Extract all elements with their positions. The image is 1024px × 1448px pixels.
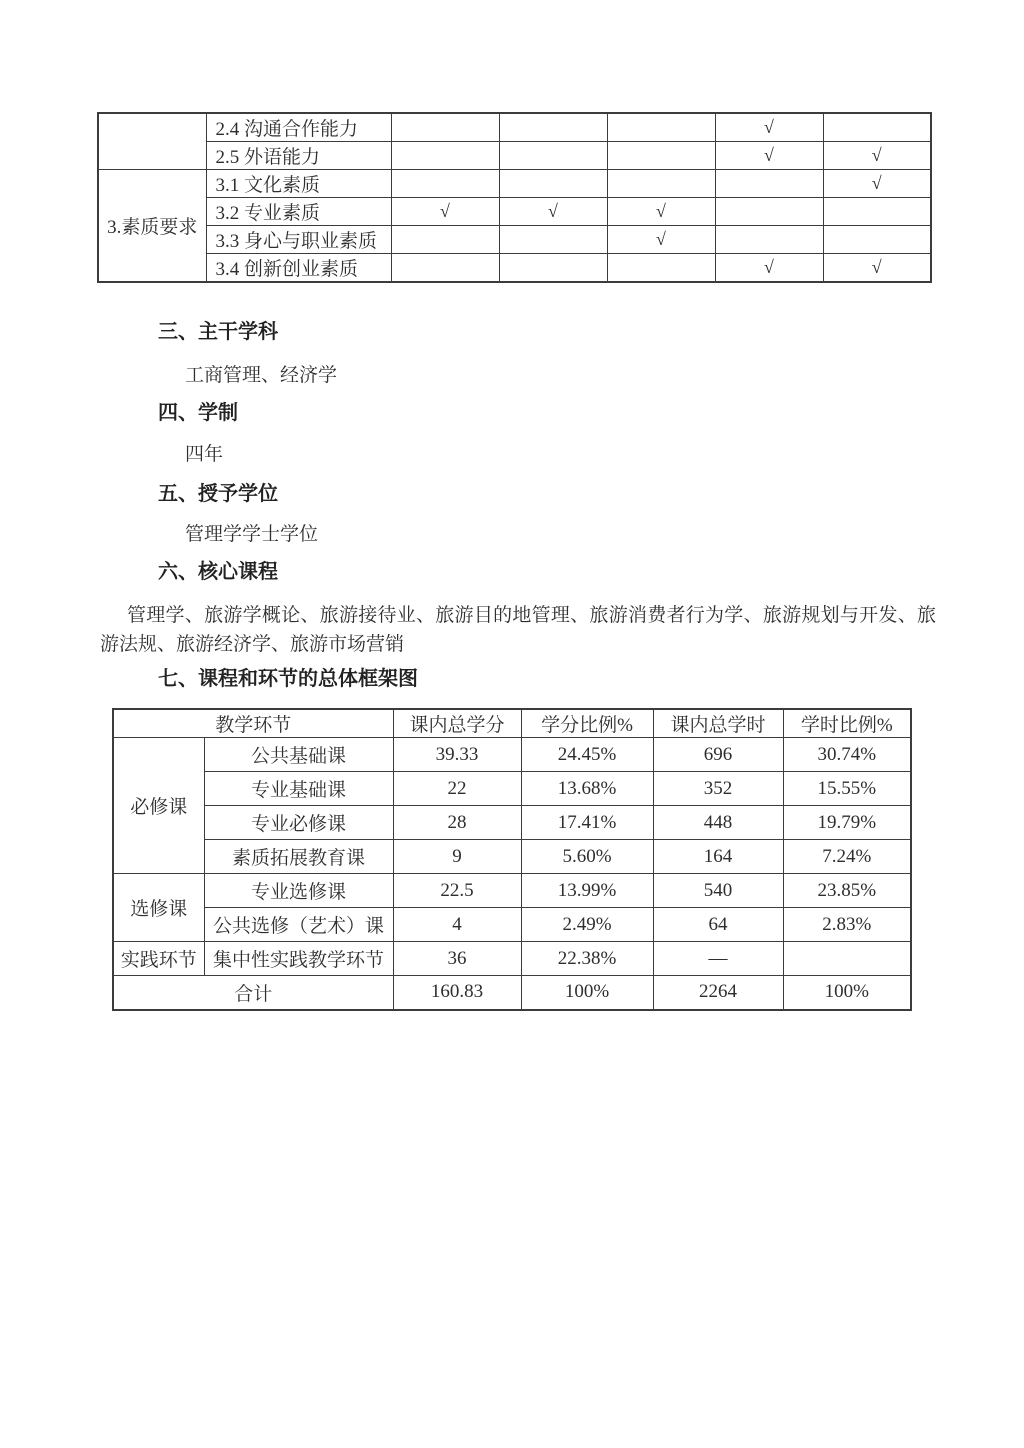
framework-name-cell: 专业必修课 — [204, 806, 393, 840]
ability-item-label: 2.4 沟通合作能力 — [206, 113, 391, 142]
empty-check-cell — [499, 226, 607, 254]
check-mark-cell: √ — [823, 142, 931, 170]
framework-value-cell: 448 — [653, 806, 783, 840]
check-mark-cell: √ — [607, 198, 715, 226]
framework-header-cell: 学分比例% — [521, 709, 653, 738]
curriculum-framework-table-body: 教学环节课内总学分学分比例%课内总学时学时比例%必修课公共基础课39.3324.… — [113, 709, 911, 1010]
framework-value-cell: 22 — [393, 772, 521, 806]
ability-category-cell-empty — [98, 113, 206, 170]
framework-name-cell: 素质拓展教育课 — [204, 840, 393, 874]
framework-value-cell: 19.79% — [783, 806, 911, 840]
empty-check-cell — [391, 254, 499, 283]
core-courses-paragraph: 管理学、旅游学概论、旅游接待业、旅游目的地管理、旅游消费者行为学、旅游规划与开发… — [100, 601, 936, 659]
framework-value-cell: 22.38% — [521, 942, 653, 976]
framework-value-cell: 2.49% — [521, 908, 653, 942]
framework-group-cell: 实践环节 — [113, 942, 204, 976]
framework-value-cell: 160.83 — [393, 976, 521, 1010]
empty-check-cell — [499, 170, 607, 198]
framework-value-cell: 22.5 — [393, 874, 521, 908]
document-page: 2.4 沟通合作能力√2.5 外语能力√√3.素质要求3.1 文化素质√3.2 … — [0, 0, 1024, 1448]
section-heading-core-courses: 六、核心课程 — [158, 561, 278, 583]
section-heading-degree-awarded: 五、授予学位 — [158, 483, 278, 505]
ability-row: 3.4 创新创业素质√√ — [98, 254, 931, 283]
check-mark-cell: √ — [391, 198, 499, 226]
ability-row: 2.5 外语能力√√ — [98, 142, 931, 170]
framework-value-cell: 30.74% — [783, 738, 911, 772]
empty-check-cell — [499, 142, 607, 170]
empty-check-cell — [715, 226, 823, 254]
framework-value-cell: 24.45% — [521, 738, 653, 772]
empty-check-cell — [607, 254, 715, 283]
empty-check-cell — [391, 170, 499, 198]
framework-group-cell: 选修课 — [113, 874, 204, 942]
framework-value-cell: 540 — [653, 874, 783, 908]
check-mark-cell: √ — [499, 198, 607, 226]
check-mark-cell: √ — [715, 113, 823, 142]
empty-check-cell — [823, 198, 931, 226]
framework-value-cell: 2.83% — [783, 908, 911, 942]
framework-value-cell: 9 — [393, 840, 521, 874]
framework-value-cell: 13.68% — [521, 772, 653, 806]
framework-row: 专业基础课2213.68%35215.55% — [113, 772, 911, 806]
framework-value-cell: 164 — [653, 840, 783, 874]
empty-check-cell — [607, 170, 715, 198]
framework-header-cell: 教学环节 — [113, 709, 393, 738]
framework-value-cell: 5.60% — [521, 840, 653, 874]
empty-check-cell — [823, 113, 931, 142]
framework-value-cell: 28 — [393, 806, 521, 840]
ability-item-label: 2.5 外语能力 — [206, 142, 391, 170]
empty-check-cell — [391, 142, 499, 170]
framework-value-cell: 352 — [653, 772, 783, 806]
framework-value-cell: 696 — [653, 738, 783, 772]
framework-name-cell: 合计 — [113, 976, 393, 1010]
framework-name-cell: 集中性实践教学环节 — [204, 942, 393, 976]
empty-check-cell — [715, 170, 823, 198]
quality-requirements-table-body: 2.4 沟通合作能力√2.5 外语能力√√3.素质要求3.1 文化素质√3.2 … — [98, 113, 931, 282]
framework-row: 专业必修课2817.41%44819.79% — [113, 806, 911, 840]
framework-value-cell: 23.85% — [783, 874, 911, 908]
framework-header-cell: 课内总学时 — [653, 709, 783, 738]
check-mark-cell: √ — [715, 254, 823, 283]
check-mark-cell: √ — [715, 142, 823, 170]
framework-row: 必修课公共基础课39.3324.45%69630.74% — [113, 738, 911, 772]
framework-row: 公共选修（艺术）课42.49%642.83% — [113, 908, 911, 942]
framework-row: 合计160.83100%2264100% — [113, 976, 911, 1010]
ability-row: 3.3 身心与职业素质√ — [98, 226, 931, 254]
framework-value-cell: 2264 — [653, 976, 783, 1010]
framework-header-cell: 课内总学分 — [393, 709, 521, 738]
framework-value-cell: 100% — [783, 976, 911, 1010]
framework-row: 素质拓展教育课95.60%1647.24% — [113, 840, 911, 874]
framework-row: 实践环节集中性实践教学环节3622.38%— — [113, 942, 911, 976]
empty-check-cell — [499, 113, 607, 142]
framework-value-cell: 100% — [521, 976, 653, 1010]
framework-name-cell: 公共选修（艺术）课 — [204, 908, 393, 942]
empty-check-cell — [715, 198, 823, 226]
ability-item-label: 3.2 专业素质 — [206, 198, 391, 226]
ability-item-label: 3.1 文化素质 — [206, 170, 391, 198]
empty-check-cell — [391, 226, 499, 254]
framework-header-cell: 学时比例% — [783, 709, 911, 738]
main-disciplines-text: 工商管理、经济学 — [185, 365, 337, 386]
section-heading-study-duration: 四、学制 — [158, 402, 238, 424]
empty-check-cell — [823, 226, 931, 254]
framework-header-row: 教学环节课内总学分学分比例%课内总学时学时比例% — [113, 709, 911, 738]
framework-group-cell: 必修课 — [113, 738, 204, 874]
study-duration-text: 四年 — [185, 444, 223, 465]
framework-row: 选修课专业选修课22.513.99%54023.85% — [113, 874, 911, 908]
ability-item-label: 3.4 创新创业素质 — [206, 254, 391, 283]
framework-value-cell: 7.24% — [783, 840, 911, 874]
framework-value-cell: 36 — [393, 942, 521, 976]
framework-value-cell: 39.33 — [393, 738, 521, 772]
framework-value-cell: 13.99% — [521, 874, 653, 908]
curriculum-framework-table: 教学环节课内总学分学分比例%课内总学时学时比例%必修课公共基础课39.3324.… — [112, 708, 912, 1011]
framework-value-cell: 17.41% — [521, 806, 653, 840]
framework-value-cell: 64 — [653, 908, 783, 942]
check-mark-cell: √ — [823, 254, 931, 283]
ability-category-cell-quality: 3.素质要求 — [98, 170, 206, 283]
framework-value-cell: — — [653, 942, 783, 976]
framework-value-cell — [783, 942, 911, 976]
ability-row: 3.2 专业素质√√√ — [98, 198, 931, 226]
framework-name-cell: 公共基础课 — [204, 738, 393, 772]
empty-check-cell — [607, 142, 715, 170]
empty-check-cell — [391, 113, 499, 142]
ability-item-label: 3.3 身心与职业素质 — [206, 226, 391, 254]
empty-check-cell — [607, 113, 715, 142]
section-heading-framework-diagram: 七、课程和环节的总体框架图 — [158, 668, 418, 690]
framework-name-cell: 专业基础课 — [204, 772, 393, 806]
framework-value-cell: 15.55% — [783, 772, 911, 806]
empty-check-cell — [499, 254, 607, 283]
quality-requirements-table: 2.4 沟通合作能力√2.5 外语能力√√3.素质要求3.1 文化素质√3.2 … — [97, 112, 932, 283]
framework-name-cell: 专业选修课 — [204, 874, 393, 908]
degree-awarded-text: 管理学学士学位 — [185, 524, 318, 545]
section-heading-main-disciplines: 三、主干学科 — [158, 321, 278, 343]
ability-row: 2.4 沟通合作能力√ — [98, 113, 931, 142]
check-mark-cell: √ — [607, 226, 715, 254]
ability-row: 3.素质要求3.1 文化素质√ — [98, 170, 931, 198]
check-mark-cell: √ — [823, 170, 931, 198]
framework-value-cell: 4 — [393, 908, 521, 942]
